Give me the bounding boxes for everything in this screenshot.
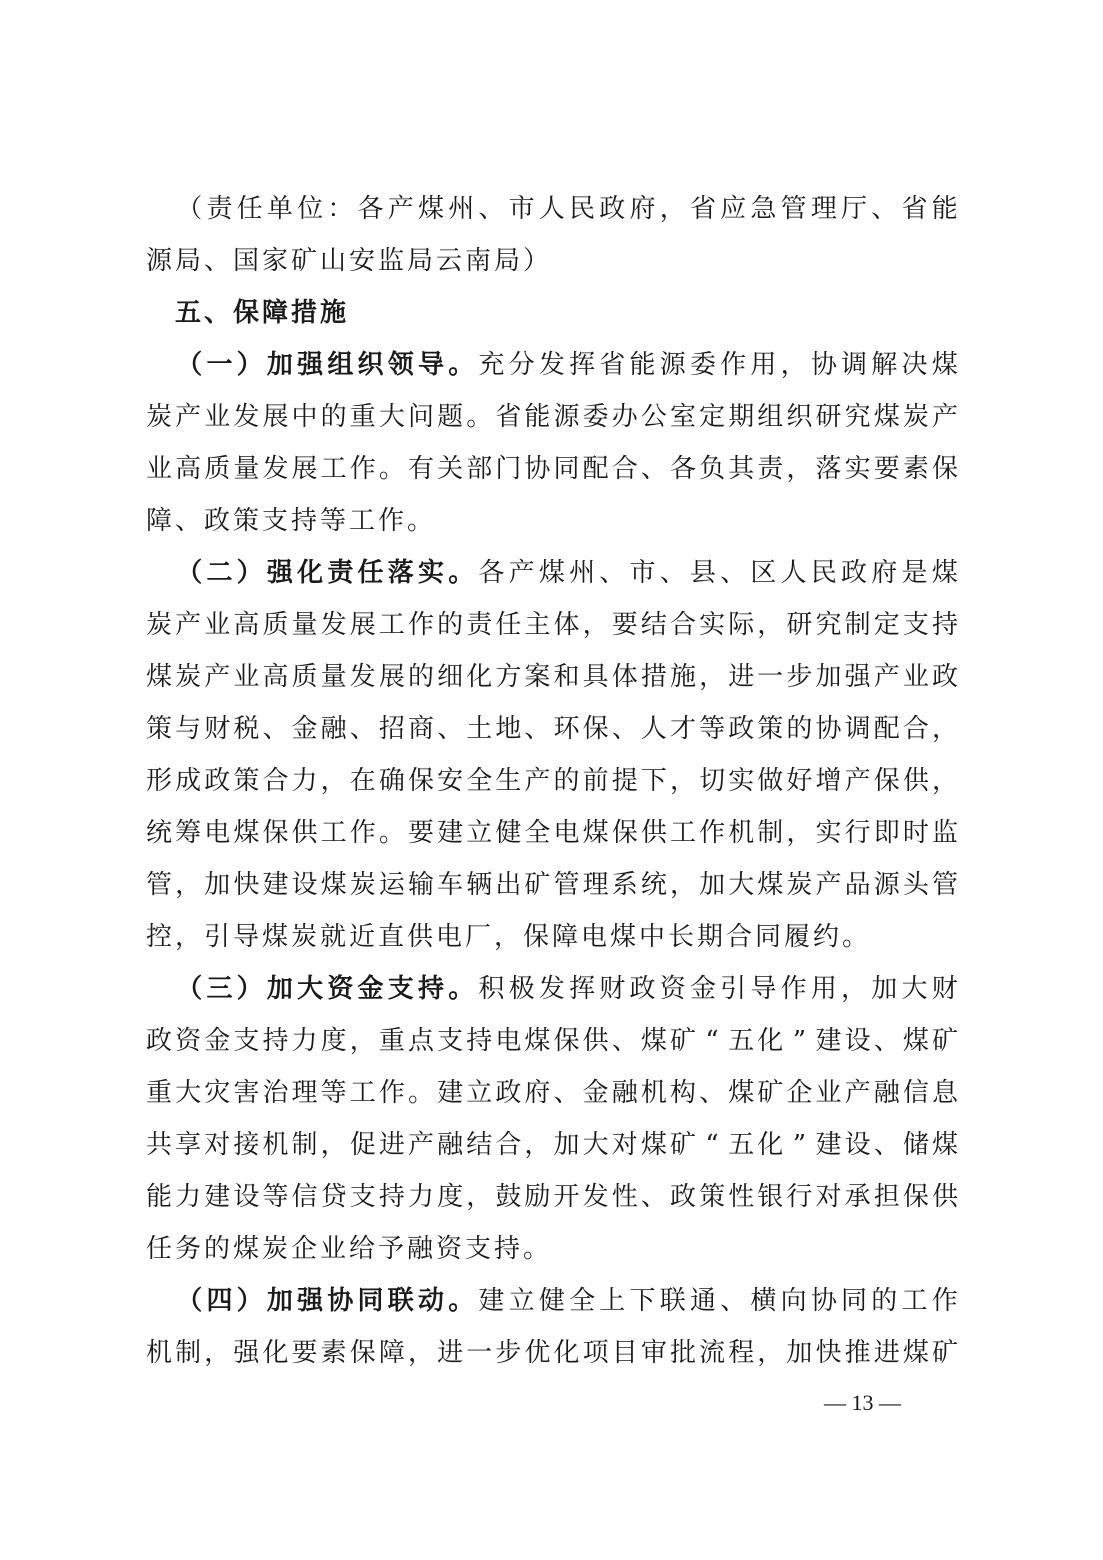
paragraph-line: 炭产业发展中的重大问题。省能源委办公室定期组织研究煤炭产 <box>146 397 958 437</box>
paragraph-line: （一）加强组织领导。充分发挥省能源委作用，协调解决煤 <box>146 345 958 385</box>
paragraph-line: 能力建设等信贷支持力度，鼓励开发性、政策性银行对承担保供 <box>146 1177 958 1217</box>
page-number: — 13 — <box>805 1388 920 1418</box>
paragraph-line: 障、政策支持等工作。 <box>146 501 958 541</box>
paragraph-line: 源局、国家矿山安监局云南局） <box>146 241 958 281</box>
paragraph-line: （三）加大资金支持。积极发挥财政资金引导作用，加大财 <box>146 969 958 1009</box>
paragraph-line: 业高质量发展工作。有关部门协同配合、各负其责，落实要素保 <box>146 449 958 489</box>
section-heading: 五、保障措施 <box>146 293 958 333</box>
paragraph-line: （二）强化责任落实。各产煤州、市、县、区人民政府是煤 <box>146 553 958 593</box>
paragraph-line: 重大灾害治理等工作。建立政府、金融机构、煤矿企业产融信息 <box>146 1073 958 1113</box>
paragraph-line: 控，引导煤炭就近直供电厂，保障电煤中长期合同履约。 <box>146 917 958 957</box>
paragraph-line: 任务的煤炭企业给予融资支持。 <box>146 1229 958 1269</box>
paragraph-line: 共享对接机制，促进产融结合，加大对煤矿“五化”建设、储煤 <box>146 1125 958 1165</box>
paragraph-line: 炭产业高质量发展工作的责任主体，要结合实际，研究制定支持 <box>146 605 958 645</box>
paragraph-line: （责任单位：各产煤州、市人民政府，省应急管理厅、省能 <box>146 189 958 229</box>
paragraph-line: 统筹电煤保供工作。要建立健全电煤保供工作机制，实行即时监 <box>146 813 958 853</box>
paragraph-line: 形成政策合力，在确保安全生产的前提下，切实做好增产保供， <box>146 761 958 801</box>
paragraph-line: 管，加快建设煤炭运输车辆出矿管理系统，加大煤炭产品源头管 <box>146 865 958 905</box>
document-page: （责任单位：各产煤州、市人民政府，省应急管理厅、省能源局、国家矿山安监局云南局）… <box>0 0 1103 1560</box>
paragraph-line: 策与财税、金融、招商、土地、环保、人才等政策的协调配合， <box>146 709 958 749</box>
paragraph-line: （四）加强协同联动。建立健全上下联通、横向协同的工作 <box>146 1281 958 1321</box>
paragraph-line: 煤炭产业高质量发展的细化方案和具体措施，进一步加强产业政 <box>146 657 958 697</box>
paragraph-line: 机制，强化要素保障，进一步优化项目审批流程，加快推进煤矿 <box>146 1333 958 1373</box>
paragraph-line: 政资金支持力度，重点支持电煤保供、煤矿“五化”建设、煤矿 <box>146 1021 958 1061</box>
